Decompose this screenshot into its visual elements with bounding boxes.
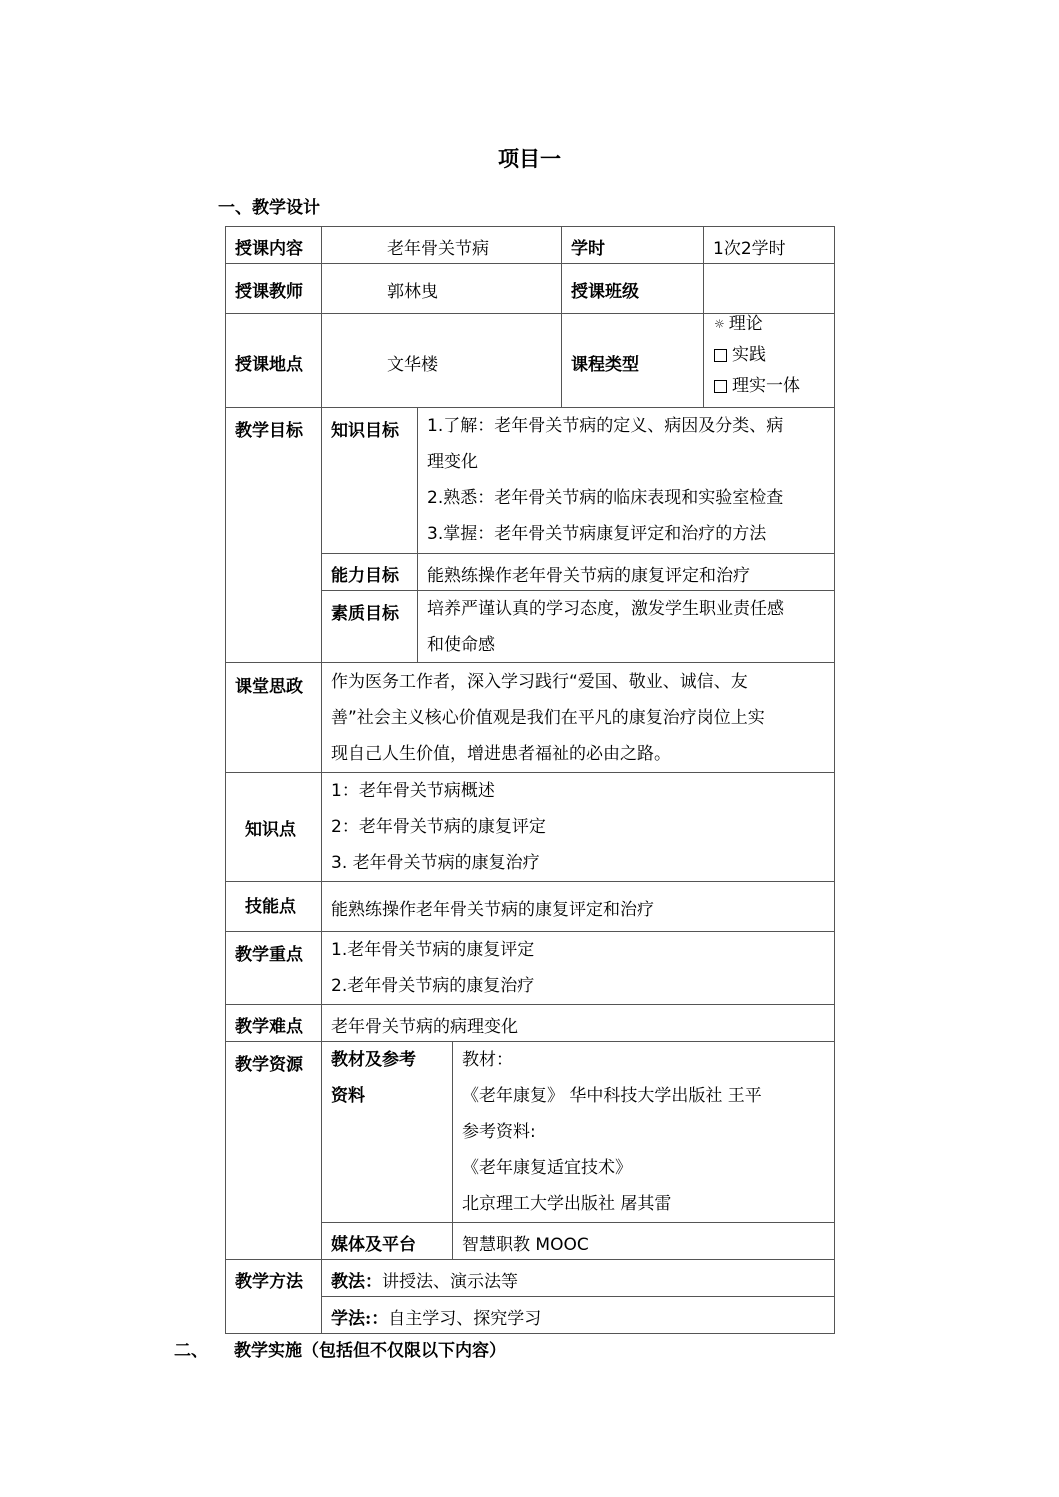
- learning-method: 学法:：自主学习、探究学习: [331, 1304, 541, 1329]
- ability-objective-label: 能力目标: [331, 561, 399, 586]
- materials-label-line: 教材及参考: [331, 1042, 416, 1078]
- knowledge-line: 3.掌握：老年骨关节病康复评定和治疗的方法: [427, 516, 783, 552]
- teaching-method-value: 讲授法、演示法等: [382, 1272, 518, 1292]
- cell-key-points-value: 1.老年骨关节病的康复评定 2.老年骨关节病的康复治疗: [321, 931, 835, 1005]
- quality-line: 和使命感: [427, 627, 784, 663]
- knowledge-objective-lines: 1.了解：老年骨关节病的定义、病因及分类、病 理变化 2.熟悉：老年骨关节病的临…: [427, 408, 783, 552]
- materials-line: 教材：: [462, 1042, 762, 1078]
- cell-materials-value: 教材： 《老年康复》 华中科技大学出版社 王平 参考资料: 《老年康复适宜技术》…: [452, 1041, 835, 1223]
- materials-line: 参考资料:: [462, 1114, 762, 1150]
- cell-difficulties-label: 教学难点: [225, 1004, 322, 1042]
- materials-line: 《老年康复》 华中科技大学出版社 王平: [462, 1078, 762, 1114]
- cell-learning-method: 学法:：自主学习、探究学习: [321, 1296, 835, 1334]
- hours-label: 学时: [571, 234, 605, 259]
- cell-difficulties-value: 老年骨关节病的病理变化: [321, 1004, 835, 1042]
- type-option-practice[interactable]: 实践: [714, 340, 800, 371]
- materials-line: 《老年康复适宜技术》: [462, 1150, 762, 1186]
- cell-location-value: 文华楼: [321, 313, 562, 408]
- learning-method-value: 自主学习、探究学习: [388, 1309, 541, 1329]
- cell-knowledge-label: 知识目标: [321, 407, 418, 554]
- knowledge-point: 2：老年骨关节病的康复评定: [331, 809, 546, 845]
- checkbox-unchecked-icon: [714, 380, 727, 393]
- teacher-label: 授课教师: [235, 277, 303, 302]
- methods-label: 教学方法: [235, 1267, 303, 1292]
- cell-knowledge-points-label: 知识点: [225, 772, 322, 882]
- hours-value: 1次2学时: [713, 234, 786, 259]
- knowledge-points-lines: 1：老年骨关节病概述 2：老年骨关节病的康复评定 3. 老年骨关节病的康复治疗: [331, 773, 546, 881]
- cell-materials-label: 教材及参考 资料: [321, 1041, 453, 1223]
- materials-label: 教材及参考 资料: [331, 1042, 416, 1114]
- location-value: 文华楼: [387, 350, 438, 375]
- ideology-line: 善”社会主义核心价值观是我们在平凡的康复治疗岗位上实: [331, 700, 765, 736]
- sun-marker-icon: ☼: [714, 309, 725, 340]
- media-label: 媒体及平台: [331, 1230, 416, 1255]
- cell-ideology-value: 作为医务工作者，深入学习践行“爱国、敬业、诚信、友 善”社会主义核心价值观是我们…: [321, 662, 835, 773]
- cell-objectives-label: 教学目标: [225, 407, 322, 663]
- checkbox-unchecked-icon: [714, 349, 727, 362]
- cell-skill-points-value: 能熟练操作老年骨关节病的康复评定和治疗: [321, 881, 835, 932]
- type-option-label: 实践: [732, 340, 766, 371]
- cell-resources-label: 教学资源: [225, 1041, 322, 1260]
- knowledge-line: 1.了解：老年骨关节病的定义、病因及分类、病: [427, 408, 783, 444]
- cell-key-points-label: 教学重点: [225, 931, 322, 1005]
- page-title: 项目一: [0, 143, 1059, 173]
- resources-label: 教学资源: [235, 1050, 303, 1075]
- section-heading-teaching-implementation: 教学实施（包括但不仅限以下内容）: [234, 1336, 506, 1361]
- materials-line: 北京理工大学出版社 屠其雷: [462, 1186, 762, 1222]
- cell-ability-label: 能力目标: [321, 553, 418, 591]
- type-option-label: 理论: [729, 309, 763, 340]
- cell-teaching-method: 教法：讲授法、演示法等: [321, 1259, 835, 1297]
- cell-media-value: 智慧职教 MOOC: [452, 1222, 835, 1260]
- knowledge-point: 1：老年骨关节病概述: [331, 773, 546, 809]
- cell-type-options: ☼ 理论 实践 理实一体: [703, 313, 835, 408]
- media-value: 智慧职教 MOOC: [462, 1230, 589, 1255]
- cell-hours-label: 学时: [561, 226, 704, 264]
- cell-knowledge-points-value: 1：老年骨关节病概述 2：老年骨关节病的康复评定 3. 老年骨关节病的康复治疗: [321, 772, 835, 882]
- knowledge-point: 3. 老年骨关节病的康复治疗: [331, 845, 546, 881]
- cell-location-label: 授课地点: [225, 313, 322, 408]
- class-label: 授课班级: [571, 277, 639, 302]
- materials-lines: 教材： 《老年康复》 华中科技大学出版社 王平 参考资料: 《老年康复适宜技术》…: [462, 1042, 762, 1222]
- cell-media-label: 媒体及平台: [321, 1222, 453, 1260]
- cell-knowledge-value: 1.了解：老年骨关节病的定义、病因及分类、病 理变化 2.熟悉：老年骨关节病的临…: [417, 407, 835, 554]
- materials-label-line: 资料: [331, 1078, 416, 1114]
- section-number-2: 二、: [174, 1336, 208, 1361]
- cell-teacher-value: 郭林曳: [321, 263, 562, 314]
- ideology-label: 课堂思政: [235, 672, 303, 697]
- quality-line: 培养严谨认真的学习态度，激发学生职业责任感: [427, 591, 784, 627]
- cell-content-label: 授课内容: [225, 226, 322, 264]
- key-points-label: 教学重点: [235, 940, 303, 965]
- difficulties-value: 老年骨关节病的病理变化: [331, 1012, 518, 1037]
- quality-objective-label: 素质目标: [331, 599, 399, 624]
- teaching-method: 教法：讲授法、演示法等: [331, 1267, 518, 1292]
- type-option-integrated[interactable]: 理实一体: [714, 371, 800, 402]
- ability-objective-value: 能熟练操作老年骨关节病的康复评定和治疗: [427, 561, 750, 586]
- skill-points-label: 技能点: [245, 892, 296, 917]
- cell-content-value: 老年骨关节病: [321, 226, 562, 264]
- content-label: 授课内容: [235, 234, 303, 259]
- knowledge-line: 2.熟悉：老年骨关节病的临床表现和实验室检查: [427, 480, 783, 516]
- key-points-lines: 1.老年骨关节病的康复评定 2.老年骨关节病的康复治疗: [331, 932, 534, 1004]
- cell-quality-value: 培养严谨认真的学习态度，激发学生职业责任感 和使命感: [417, 590, 835, 663]
- cell-teacher-label: 授课教师: [225, 263, 322, 314]
- type-option-label: 理实一体: [732, 371, 800, 402]
- knowledge-points-label: 知识点: [245, 815, 296, 840]
- type-label: 课程类型: [571, 350, 639, 375]
- knowledge-line: 理变化: [427, 444, 783, 480]
- ideology-lines: 作为医务工作者，深入学习践行“爱国、敬业、诚信、友 善”社会主义核心价值观是我们…: [331, 664, 765, 772]
- cell-methods-label: 教学方法: [225, 1259, 322, 1334]
- objectives-label: 教学目标: [235, 416, 303, 441]
- cell-class-value: [703, 263, 835, 314]
- cell-hours-value: 1次2学时: [703, 226, 835, 264]
- learning-method-label: 学法:：: [331, 1309, 388, 1329]
- skill-points-value: 能熟练操作老年骨关节病的康复评定和治疗: [331, 895, 654, 920]
- ideology-line: 现自己人生价值，增进患者福祉的必由之路。: [331, 736, 765, 772]
- teacher-value: 郭林曳: [387, 277, 438, 302]
- type-option-theory[interactable]: ☼ 理论: [714, 309, 800, 340]
- difficulties-label: 教学难点: [235, 1012, 303, 1037]
- knowledge-objective-label: 知识目标: [331, 416, 399, 441]
- cell-quality-label: 素质目标: [321, 590, 418, 663]
- cell-type-label: 课程类型: [561, 313, 704, 408]
- key-point: 1.老年骨关节病的康复评定: [331, 932, 534, 968]
- section-heading-teaching-design: 一、教学设计: [218, 193, 320, 218]
- cell-class-label: 授课班级: [561, 263, 704, 314]
- teaching-method-label: 教法：: [331, 1272, 382, 1292]
- quality-objective-lines: 培养严谨认真的学习态度，激发学生职业责任感 和使命感: [427, 591, 784, 663]
- location-label: 授课地点: [235, 350, 303, 375]
- content-value: 老年骨关节病: [387, 234, 489, 259]
- cell-ability-value: 能熟练操作老年骨关节病的康复评定和治疗: [417, 553, 835, 591]
- ideology-line: 作为医务工作者，深入学习践行“爱国、敬业、诚信、友: [331, 664, 765, 700]
- key-point: 2.老年骨关节病的康复治疗: [331, 968, 534, 1004]
- cell-ideology-label: 课堂思政: [225, 662, 322, 773]
- cell-skill-points-label: 技能点: [225, 881, 322, 932]
